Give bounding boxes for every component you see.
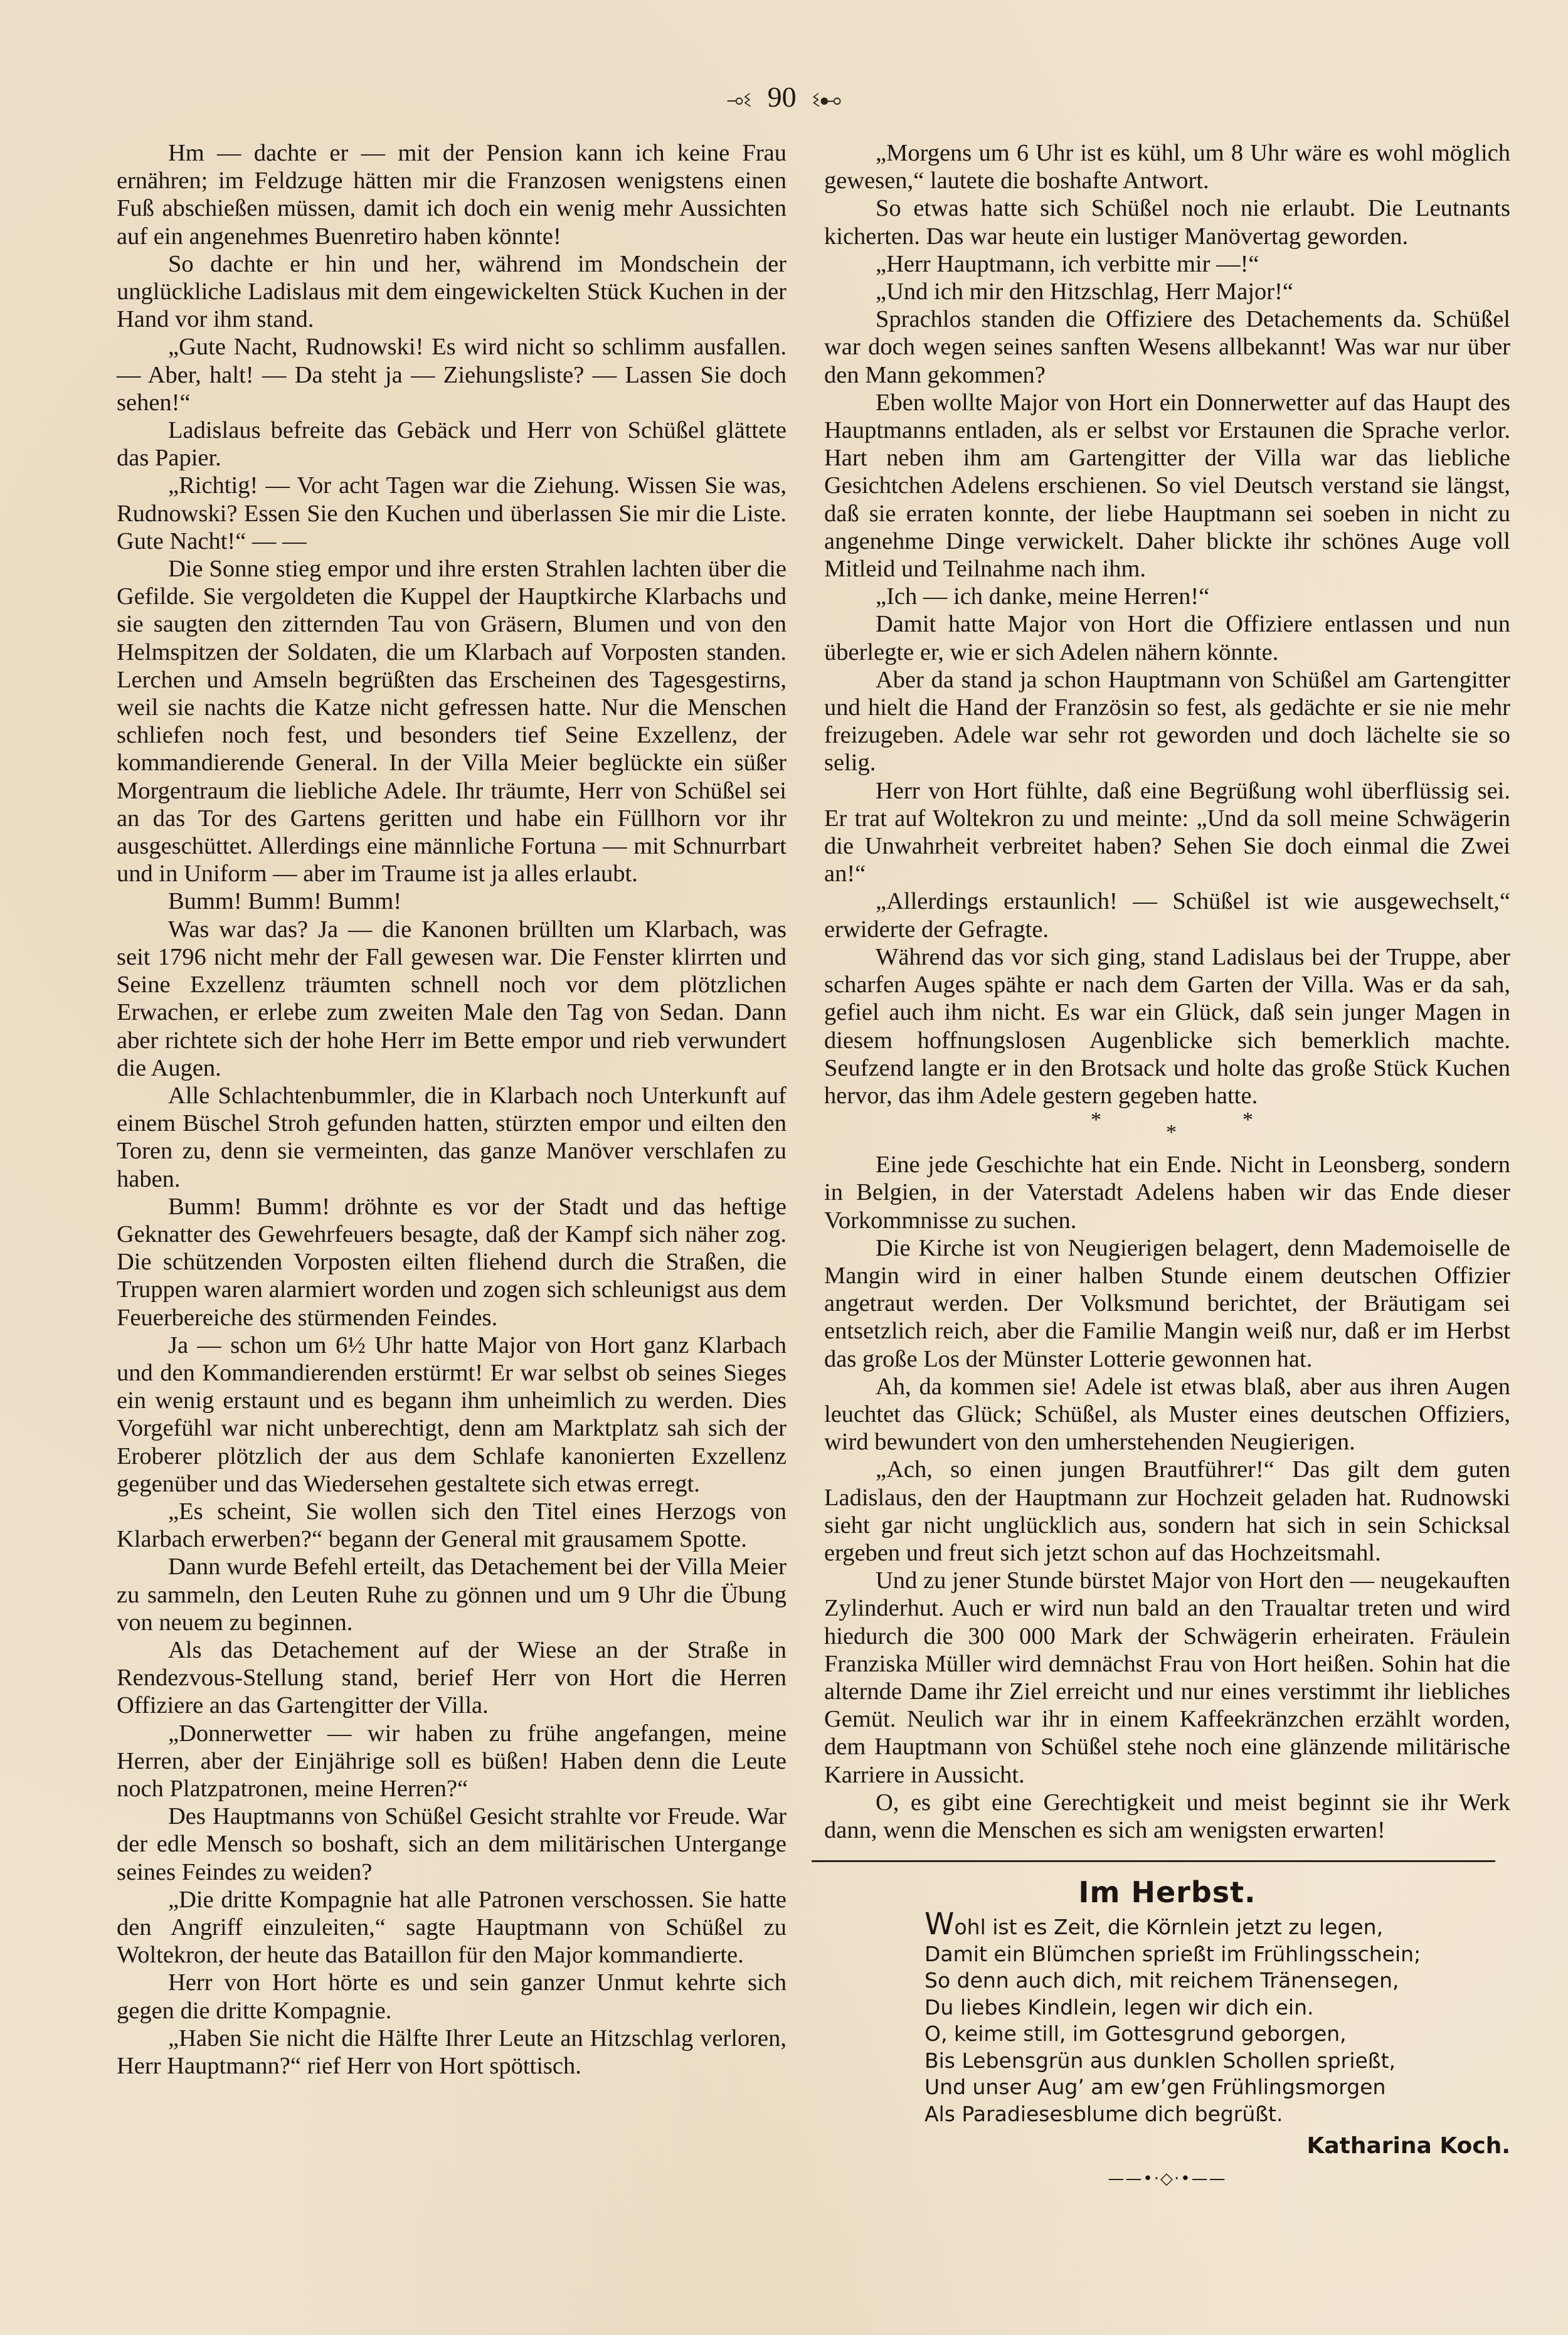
poem-line: Du liebes Kindlein, legen wir dich ein. — [924, 1994, 1510, 2021]
poem-line: Als Paradiesesblume dich begrüßt. — [924, 2101, 1510, 2128]
paragraph: Herr von Hort fühlte, daß eine Begrüßung… — [824, 777, 1510, 888]
asterisk-icon: * — [1091, 1111, 1101, 1130]
poem-line: So denn auch dich, mit reichem Tränenseg… — [924, 1967, 1510, 1994]
paragraph: Und zu jener Stunde bürstet Major von Ho… — [824, 1567, 1510, 1789]
poem-line: Damit ein Blümchen sprießt im Frühlingss… — [924, 1941, 1510, 1968]
poem-line: O, keime still, im Gottesgrund geborgen, — [924, 2021, 1510, 2048]
paragraph: Eine jede Geschichte hat ein Ende. Nicht… — [824, 1151, 1510, 1234]
paragraph: Eben wollte Major von Hort ein Donnerwet… — [824, 389, 1510, 583]
paragraph: Die Sonne stieg empor und ihre ersten St… — [117, 555, 787, 887]
paragraph: „Morgens um 6 Uhr ist es kühl, um 8 Uhr … — [824, 139, 1510, 194]
paragraph: Ja — schon um 6½ Uhr hatte Major von Hor… — [117, 1332, 787, 1498]
asterisk-icon: * — [1166, 1123, 1177, 1142]
paragraph: „Ich — ich danke, meine Herren!“ — [824, 583, 1510, 610]
paragraph: „Richtig! — Vor acht Tagen war die Ziehu… — [117, 472, 787, 555]
poem: Im Herbst. Wohl ist es Zeit, die Körnlei… — [824, 1873, 1510, 2193]
right-column-part-one: „Morgens um 6 Uhr ist es kühl, um 8 Uhr … — [824, 139, 1510, 1109]
paragraph: Alle Schlachtenbummler, die in Klarbach … — [117, 1082, 787, 1193]
paragraph: „Gute Nacht, Rudnowski! Es wird nicht so… — [117, 333, 787, 416]
ornament-right-icon: ଽ⊷ — [812, 88, 841, 112]
paragraph: So etwas hatte sich Schüßel noch nie erl… — [824, 194, 1510, 250]
poem-line: Bis Lebensgrün aus dunklen Schollen spri… — [924, 2048, 1510, 2075]
paragraph: Hm — dachte er — mit der Pension kann ic… — [117, 139, 787, 250]
paragraph: Bumm! Bumm! dröhnte es vor der Stadt und… — [117, 1193, 787, 1332]
paragraph: Was war das? Ja — die Kanonen brüllten u… — [117, 916, 787, 1082]
paragraph: Ah, da kommen sie! Adele ist etwas blaß,… — [824, 1373, 1510, 1456]
paragraph: „Und ich mir den Hitzschlag, Herr Major!… — [824, 278, 1510, 305]
poem-lines: Wohl ist es Zeit, die Körnlein jetzt zu … — [924, 1911, 1510, 2127]
poem-author: Katharina Koch. — [824, 2132, 1510, 2160]
paragraph: Des Hauptmanns von Schüßel Gesicht strah… — [117, 1803, 787, 1886]
poem-title: Im Herbst. — [824, 1873, 1510, 1911]
poem-line: Und unser Aug’ am ew’gen Frühlingsmorgen — [924, 2074, 1510, 2101]
paragraph: Sprachlos standen die Offiziere des Deta… — [824, 305, 1510, 389]
paragraph: Bumm! Bumm! Bumm! — [117, 887, 787, 915]
asterisk-icon: * — [1242, 1111, 1253, 1130]
paragraph: „Die dritte Kompagnie hat alle Patronen … — [117, 1886, 787, 1969]
page-header: ⊸ଽ 90 ଽ⊷ — [0, 80, 1568, 114]
paragraph: Aber da stand ja schon Hauptmann von Sch… — [824, 666, 1510, 777]
left-column: Hm — dachte er — mit der Pension kann ic… — [117, 139, 787, 2080]
paragraph: So dachte er hin und her, während im Mon… — [117, 250, 787, 334]
paragraph: Während das vor sich ging, stand Ladisla… — [824, 943, 1510, 1109]
right-column: „Morgens um 6 Uhr ist es kühl, um 8 Uhr … — [824, 139, 1510, 2193]
paragraph: Ladislaus befreite das Gebäck und Herr v… — [117, 416, 787, 472]
paragraph: „Herr Hauptmann, ich verbitte mir —!“ — [824, 250, 1510, 278]
poem-divider — [812, 1860, 1495, 1862]
paragraph: Herr von Hort hörte es und sein ganzer U… — [117, 1969, 787, 2024]
paragraph: Die Kirche ist von Neugierigen belagert,… — [824, 1234, 1510, 1373]
poem-line: Wohl ist es Zeit, die Körnlein jetzt zu … — [924, 1911, 1510, 1941]
paragraph: Dann wurde Befehl erteilt, das Detacheme… — [117, 1553, 787, 1636]
paragraph: Damit hatte Major von Hort die Offiziere… — [824, 610, 1510, 665]
paragraph: „Allerdings erstaunlich! — Schüßel ist w… — [824, 887, 1510, 943]
paragraph: „Haben Sie nicht die Hälfte Ihrer Leute … — [117, 2025, 787, 2080]
paragraph: „Donnerwetter — wir haben zu frühe angef… — [117, 1720, 787, 1803]
ornament-left-icon: ⊸ଽ — [726, 88, 751, 112]
ornament-divider-icon: ——•·◇·•—— — [824, 2165, 1510, 2193]
paragraph: Als das Detachement auf der Wiese an der… — [117, 1636, 787, 1720]
page-number: 90 — [768, 81, 797, 113]
paragraph: „Ach, so einen jungen Brautführer!“ Das … — [824, 1456, 1510, 1567]
right-column-part-two: Eine jede Geschichte hat ein Ende. Nicht… — [824, 1151, 1510, 1844]
paragraph: „Es scheint, Sie wollen sich den Titel e… — [117, 1498, 787, 1553]
section-break: * * * — [824, 1109, 1510, 1151]
paragraph: O, es gibt eine Gerechtigkeit und meist … — [824, 1789, 1510, 1844]
